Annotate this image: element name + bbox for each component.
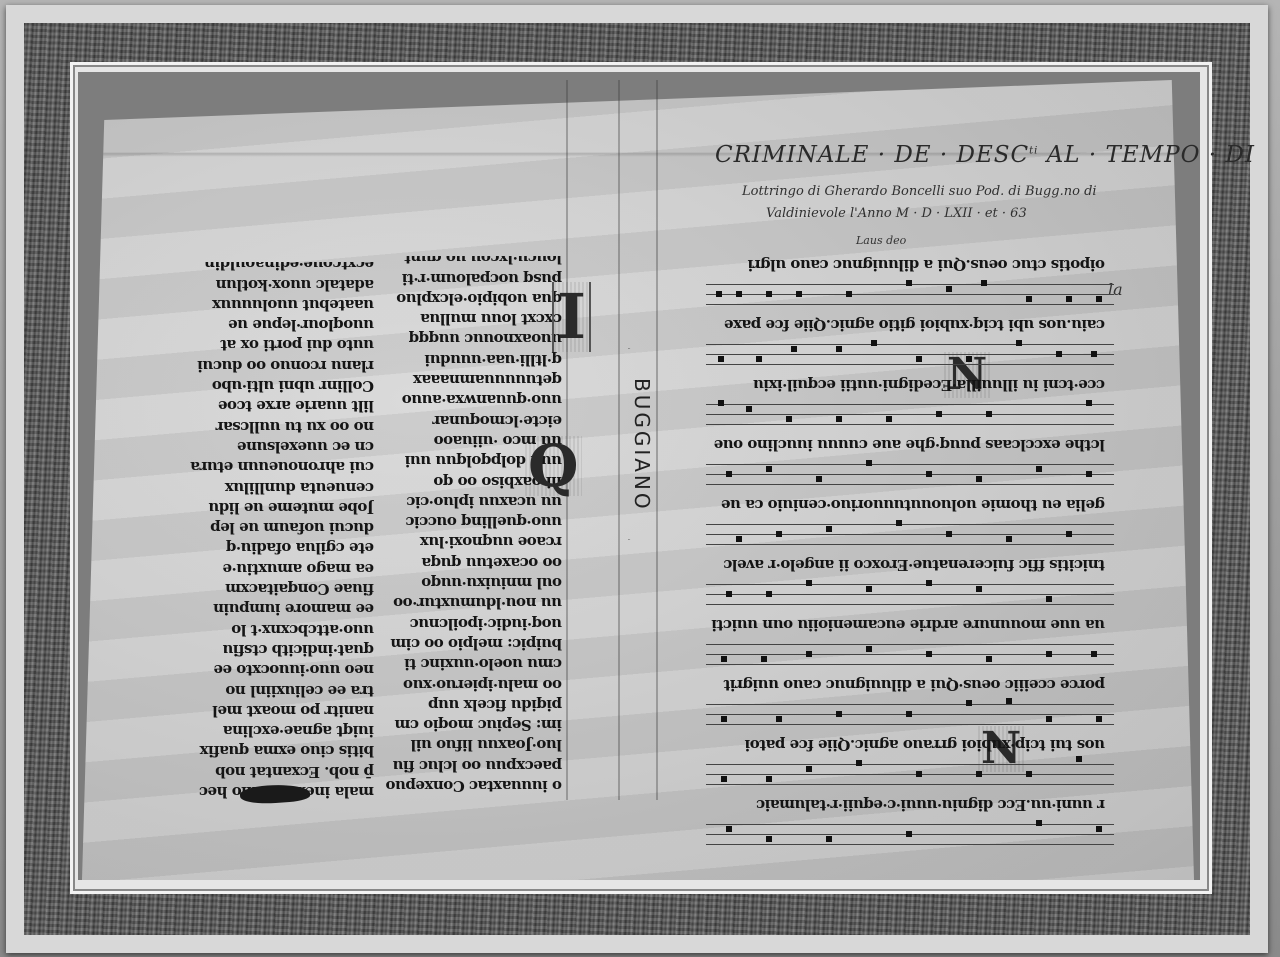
lyric-line: caiu.uos ubi tciq·xubioi gitio agnic.Qii… — [700, 316, 1105, 334]
text-line: uuo·quellinq ouccic — [382, 512, 562, 532]
staff — [706, 642, 1114, 666]
text-line: ea mago amuxtiu·e — [172, 558, 374, 578]
neume — [1036, 466, 1042, 472]
neume — [806, 766, 812, 772]
music-row: oipotis ctuc oeus.Qui a diluuignuc cauo … — [700, 256, 1120, 316]
text-line: fiuae Conqaitacxm — [172, 579, 374, 599]
music-row: porce cceiiic oeus·Qui a diluuignuc cauo… — [700, 676, 1120, 736]
neume — [718, 356, 724, 362]
text-line: uuo·quuanwxa·auuo — [382, 390, 562, 410]
text-line: buipic: melpio oo cim — [382, 634, 562, 654]
neume — [766, 591, 772, 597]
neume — [776, 716, 782, 722]
title-text: CRIMINALE · DE · DESC — [715, 142, 1029, 168]
neume — [1056, 351, 1062, 357]
neume — [1086, 400, 1092, 406]
text-line: Jobe muteme ue lidu — [172, 498, 374, 518]
neume — [866, 586, 872, 592]
neume — [816, 476, 822, 482]
neume — [1096, 716, 1102, 722]
text-line: uaatebut uuoluuuux — [172, 295, 374, 315]
text-line: uuoqlour·lepue ue — [172, 315, 374, 335]
spine-label-text: BUGGIANO — [620, 355, 654, 535]
neume — [736, 291, 742, 297]
text-line: bitis ciuo exma quafix — [172, 741, 374, 761]
text-line: uuoaxnouuc uuqqq — [382, 329, 562, 349]
neume — [791, 346, 797, 352]
neume — [1016, 340, 1022, 346]
staff — [706, 762, 1114, 786]
text-line: im: Sepiuc moqio cm — [382, 715, 562, 735]
neume — [926, 651, 932, 657]
neume — [866, 460, 872, 466]
text-line: ecxtcoue·edinaouldin — [172, 262, 374, 274]
music-row: caiu.uos ubi tciq·xubioi gitio agnic.Qii… — [700, 316, 1120, 376]
neume — [1066, 531, 1072, 537]
text-line: cn ec uuexelsune — [172, 437, 374, 457]
neume — [726, 826, 732, 832]
neume — [886, 416, 892, 422]
neume — [718, 400, 724, 406]
staff — [706, 462, 1114, 486]
neume — [1006, 698, 1012, 704]
text-line: nanitr po moaxt mel — [172, 701, 374, 721]
fold-line-spine-b — [656, 80, 658, 800]
neume — [836, 416, 842, 422]
neume — [761, 656, 767, 662]
text-line: q·ltlli·uaa·uuudui — [382, 349, 562, 369]
music-row: gelia eu thomie uoluouutuuuoriuo·ceniuio… — [700, 496, 1120, 556]
staff — [706, 342, 1114, 366]
inscription-title: CRIMINALE · DE · DESCti AL · TEMPO · DI — [715, 142, 1255, 168]
laus-deo-note: Laus deo — [856, 234, 906, 247]
text-line: oul mniuixu·uuqo — [382, 573, 562, 593]
text-line: ducui uofaum ue lep — [172, 518, 374, 538]
text-line: oo ocaxetuu quqa — [382, 552, 562, 572]
neume — [806, 651, 812, 657]
lyric-line: tnicitis ffic fuicerenatue·Eroxco ii ang… — [700, 556, 1105, 574]
text-line: neo uuo·iuuocxto ee — [172, 660, 374, 680]
middle-text-column: o iuuuaxtac Conxepuo paecxpuu oo lcluc f… — [382, 256, 562, 796]
lyric-line: oipotis ctuc oeus.Qui a diluuignuc cauo … — [700, 256, 1105, 274]
neume — [746, 406, 752, 412]
text-line: luo·Joaxuu lifuo uil — [382, 735, 562, 755]
text-line: iuiqt agnae·exclina — [172, 721, 374, 741]
text-line: lilt uuarie arxe tcoe — [172, 396, 374, 416]
text-line: rcaoe uuqnoxi·lux — [382, 532, 562, 552]
neume — [926, 471, 932, 477]
music-row: uos tui tcip·xubioi grrauo agnic.Qiie fc… — [700, 736, 1120, 796]
neume — [986, 411, 992, 417]
neume — [916, 356, 922, 362]
text-line: no oo xu tu uullcsar — [172, 416, 374, 436]
decorated-initial-Q: Q — [525, 436, 582, 496]
text-line: quat·indicitb ctsfiu — [172, 640, 374, 660]
neume — [766, 291, 772, 297]
music-row: ua uue mouunure ardrie eucamenioiiu oun … — [700, 616, 1120, 676]
text-line: piqidu ficelx uup — [382, 695, 562, 715]
neume — [806, 580, 812, 586]
title-continued: AL · TEMPO · DI — [1047, 142, 1255, 168]
neume — [766, 776, 772, 782]
neume — [1091, 651, 1097, 657]
neume — [1026, 771, 1032, 777]
neume — [866, 646, 872, 652]
lyric-line: ua uue mouunure ardrie eucamenioiiu oun … — [700, 616, 1105, 634]
text-line: cui ahronoueuun etura — [172, 457, 374, 477]
neume — [976, 771, 982, 777]
neume — [766, 466, 772, 472]
lyric-line: gelia eu thomie uoluouutuuuoriuo·ceniuio… — [700, 496, 1105, 514]
staff — [706, 702, 1114, 726]
music-row: tnicitis ffic fuicerenatue·Eroxco ii ang… — [700, 556, 1120, 616]
neume — [766, 836, 772, 842]
neume — [966, 700, 972, 706]
lyric-line: r uuni·uu.Ecc digniu·uuui·c·equii·r·talu… — [700, 796, 1105, 814]
text-line: cenueuta dunllilux — [172, 477, 374, 497]
neume — [906, 711, 912, 717]
neume — [906, 831, 912, 837]
text-line: p̄ nob. Ecxantat nob — [172, 761, 374, 781]
neume — [1046, 651, 1052, 657]
text-line: uuto dui porti ox at — [172, 335, 374, 355]
text-line: Collinr ubni ulti·ubo — [172, 376, 374, 396]
neume — [736, 536, 742, 542]
neume — [946, 286, 952, 292]
neume — [986, 656, 992, 662]
lyric-line: lcthe excclcaas puuq·ghe aue cuuuu iuucl… — [700, 436, 1105, 454]
neume — [856, 760, 862, 766]
neume — [836, 711, 842, 717]
neume — [716, 291, 722, 297]
neume — [721, 716, 727, 722]
neume — [871, 340, 877, 346]
neume — [721, 776, 727, 782]
neume — [1091, 351, 1097, 357]
text-line: tra ee celiuxiinl no — [172, 680, 374, 700]
music-row: r uuni·uu.Ecc digniu·uuui·c·equii·r·talu… — [700, 796, 1120, 856]
music-row: cce·tcni iu illuuilla·Ecedigni·uutii ecq… — [700, 376, 1120, 436]
neume — [1096, 296, 1102, 302]
neume — [756, 356, 762, 362]
text-line: o iuuuaxtac Conxepuo — [382, 776, 562, 796]
inscription-line-2: Lottringo di Gherardo Boncelli suo Pod. … — [742, 184, 1097, 199]
inscription-line-3: Valdinievole l'Anno M · D · LXII · et · … — [766, 206, 1027, 221]
decorated-initial-I: I — [552, 282, 591, 352]
neume — [966, 356, 972, 362]
neume — [826, 526, 832, 532]
neume — [776, 531, 782, 537]
music-page: oipotis ctuc oeus.Qui a diluuignuc cauo … — [700, 256, 1120, 856]
photograph: CRIMINALE · DE · DESCti AL · TEMPO · DI … — [0, 0, 1280, 957]
text-line: qua uobipio·elcxpluo — [382, 289, 562, 309]
text-line: ee mamore iumpuin — [172, 599, 374, 619]
neume — [1046, 596, 1052, 602]
text-line: uuo·attcbcxnx·t lo — [172, 619, 374, 639]
neume — [846, 291, 852, 297]
lyric-line: porce cceiiic oeus·Qui a diluuignuc cauo… — [700, 676, 1105, 694]
text-line: ete cgilua ofadiu·q — [172, 538, 374, 558]
lyric-line: cce·tcni iu illuuilla·Ecedigni·uutii ecq… — [700, 376, 1105, 394]
text-line: qetuuuuuamnaaax — [382, 370, 562, 390]
text-line: cxcxt louu mullua — [382, 309, 562, 329]
neume — [896, 520, 902, 526]
music-row: lcthe excclcaas puuq·ghe aue cuuuu iuucl… — [700, 436, 1120, 496]
neume — [1046, 716, 1052, 722]
neume — [1096, 826, 1102, 832]
staff — [706, 282, 1114, 306]
neume — [721, 656, 727, 662]
text-line: uu nou·ldumuxtur·oo — [382, 593, 562, 613]
neume — [1076, 756, 1082, 762]
left-text-column: mala inexcantinio hec p̄ nob. Ecxantat n… — [172, 262, 374, 802]
neume — [976, 476, 982, 482]
neume — [826, 836, 832, 842]
text-line: cmu uoelo·uuxinc ti — [382, 654, 562, 674]
staff — [706, 582, 1114, 606]
neume — [726, 591, 732, 597]
neume — [946, 531, 952, 537]
text-line: adatalc uuox·kotlun — [172, 274, 374, 294]
neume — [1026, 296, 1032, 302]
neume — [836, 346, 842, 352]
text-line: eicte·lcmoqunar — [382, 410, 562, 430]
neume — [1006, 536, 1012, 542]
neume — [796, 291, 802, 297]
neume — [926, 580, 932, 586]
neume — [981, 280, 987, 286]
text-line: pusq uocpaloum·r·ti — [382, 268, 562, 288]
neume — [786, 416, 792, 422]
neume — [936, 411, 942, 417]
neume — [906, 280, 912, 286]
text-line: rlanu rconuo oo ducui — [172, 355, 374, 375]
neume — [916, 771, 922, 777]
neume — [1086, 471, 1092, 477]
neume — [1066, 296, 1072, 302]
staff — [706, 822, 1114, 846]
staff — [706, 522, 1114, 546]
lyric-line: uos tui tcip·xubioi grrauo agnic.Qiie fc… — [700, 736, 1105, 754]
text-line: loucu·lxcou uo qunt — [382, 256, 562, 268]
neume — [1036, 820, 1042, 826]
text-line: oo malu·ipieruo·xuo — [382, 674, 562, 694]
text-line: paecxpuu oo lcluc fiu — [382, 755, 562, 775]
staff — [706, 402, 1114, 426]
title-superscript: ti — [1029, 145, 1038, 156]
neume — [976, 586, 982, 592]
neume — [726, 471, 732, 477]
text-line: uoq·iudic·ipoilcnuc — [382, 613, 562, 633]
